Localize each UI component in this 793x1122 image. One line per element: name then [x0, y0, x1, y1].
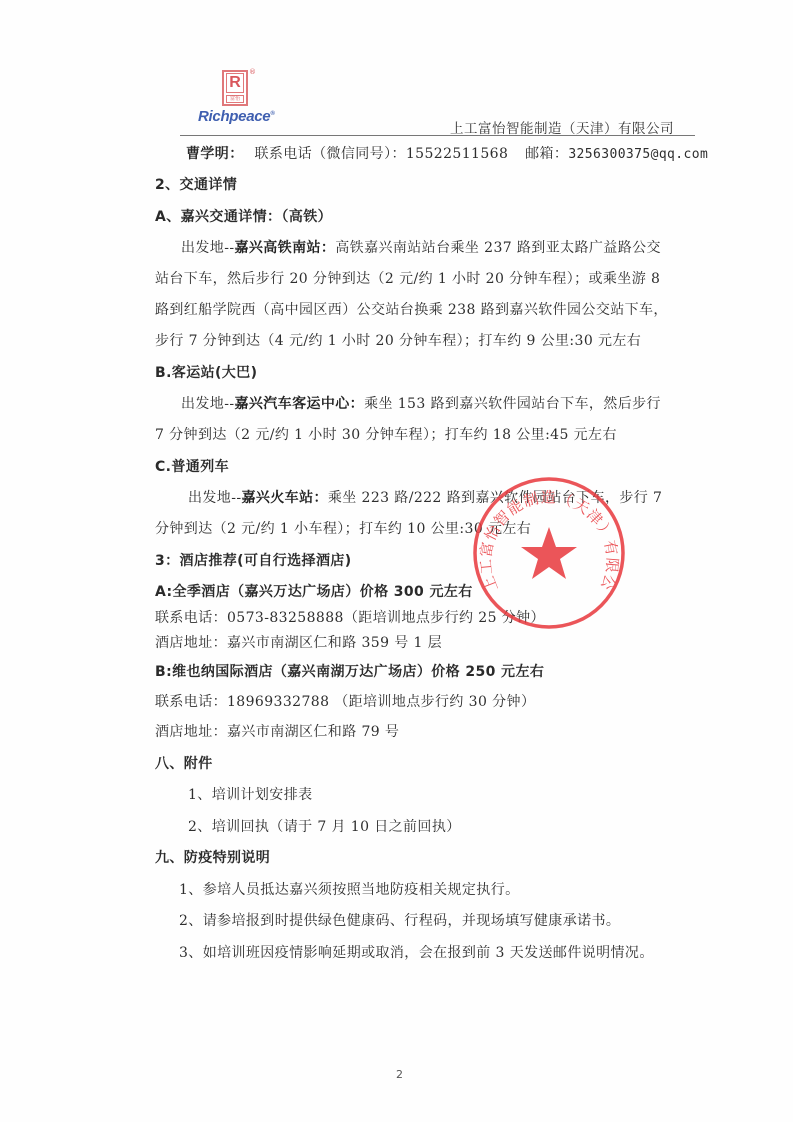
epidemic-item-1: 1、参培人员抵达嘉兴须按照当地防疫相关规定执行。 [179, 879, 520, 899]
logo-sub-text: 富怡 [226, 95, 244, 103]
transport-b-line-1: 出发地--嘉兴汽车客运中心：乘坐 153 路到嘉兴软件园站台下车，然后步行 [181, 393, 661, 413]
hotels-section-title: 3：酒店推荐(可自行选择酒店) [155, 550, 352, 570]
contact-email: 3256300375@qq.com [568, 147, 708, 162]
epidemic-section-title: 九、防疫特别说明 [155, 847, 270, 867]
company-name: 上工富怡智能制造（天津）有限公司 [450, 117, 674, 137]
contact-email-label: 邮箱： [525, 146, 568, 162]
page-number: 2 [396, 1068, 403, 1081]
transport-b-origin: 嘉兴汽车客运中心： [234, 396, 364, 412]
transport-b-text: 乘坐 153 路到嘉兴软件园站台下车，然后步行 [364, 396, 661, 412]
transport-c-line-2: 分钟到达（2 元/约 1 小车程）；打车约 10 公里:30 元左右 [155, 518, 531, 538]
transport-a-line-3: 路到红船学院西（高中园区西）公交站台换乘 238 路到嘉兴软件园公交站下车， [155, 299, 668, 319]
transport-a-line-2: 站台下车，然后步行 20 分钟到达（2 元/约 1 小时 20 分钟车程）；或乘… [155, 268, 660, 288]
logo-letter: R [226, 73, 244, 93]
contact-phone: 15522511568 [406, 146, 508, 162]
hotel-a-address: 酒店地址：嘉兴市南湖区仁和路 359 号 1 层 [155, 632, 442, 652]
registered-mark-icon: ® [249, 68, 256, 76]
hotel-a-phone: 联系电话：0573-83258888（距培训地点步行约 25 分钟） [155, 607, 545, 627]
transport-c-title: C.普通列车 [155, 456, 229, 476]
epidemic-item-3: 3、如培训班因疫情影响延期或取消，会在报到前 3 天发送邮件说明情况。 [179, 942, 654, 962]
transport-section-title: 2、交通详情 [155, 174, 237, 194]
hotel-b-title: B:维也纳国际酒店（嘉兴南湖万达广场店）价格 250 元左右 [155, 661, 544, 681]
transport-b-line-2: 7 分钟到达（2 元/约 1 小时 30 分钟车程）；打车约 18 公里:45 … [155, 424, 617, 444]
transport-a-line-4: 步行 7 分钟到达（4 元/约 1 小时 20 分钟车程）；打车约 9 公里:3… [155, 330, 641, 350]
logo-emblem-icon: R 富怡 [222, 70, 248, 106]
transport-a-line-1: 出发地--嘉兴高铁南站：高铁嘉兴南站站台乘坐 237 路到亚太路广益路公交 [181, 237, 661, 257]
transport-a-origin: 嘉兴高铁南站： [234, 240, 335, 256]
epidemic-item-2: 2、请参培报到时提供绿色健康码、行程码，并现场填写健康承诺书。 [179, 910, 620, 930]
document-page: R 富怡 ® Richpeace® 上工富怡智能制造（天津）有限公司 曹学明： … [0, 0, 793, 1122]
origin-prefix: 出发地-- [181, 240, 234, 256]
transport-a-title: A、嘉兴交通详情：（高铁） [155, 206, 332, 226]
hotel-a-title: A:全季酒店（嘉兴万达广场店）价格 300 元左右 [155, 581, 473, 601]
attachments-section-title: 八、附件 [155, 753, 213, 773]
attachment-item-1: 1、培训计划安排表 [188, 784, 313, 804]
transport-a-text: 高铁嘉兴南站站台乘坐 237 路到亚太路广益路公交 [335, 240, 661, 256]
hotel-b-phone: 联系电话：18969332788 （距培训地点步行约 30 分钟） [155, 691, 535, 711]
header-divider [180, 135, 695, 136]
transport-c-origin: 嘉兴火车站： [241, 490, 327, 506]
logo-brand-text: Richpeace® [198, 108, 274, 125]
transport-c-line-1: 出发地--嘉兴火车站：乘坐 223 路/222 路到嘉兴软件园站台下车，步行 7 [188, 487, 662, 507]
origin-prefix: 出发地-- [188, 490, 241, 506]
transport-b-title: B.客运站(大巴) [155, 362, 257, 382]
transport-c-text: 乘坐 223 路/222 路到嘉兴软件园站台下车，步行 7 [328, 490, 662, 506]
contact-line: 曹学明： 联系电话（微信同号）：15522511568 邮箱：325630037… [186, 143, 708, 163]
contact-name: 曹学明： [186, 146, 244, 162]
contact-phone-label: 联系电话（微信同号）： [254, 146, 405, 162]
origin-prefix: 出发地-- [181, 396, 234, 412]
hotel-b-address: 酒店地址：嘉兴市南湖区仁和路 79 号 [155, 721, 399, 741]
attachment-item-2: 2、培训回执（请于 7 月 10 日之前回执） [188, 816, 461, 836]
